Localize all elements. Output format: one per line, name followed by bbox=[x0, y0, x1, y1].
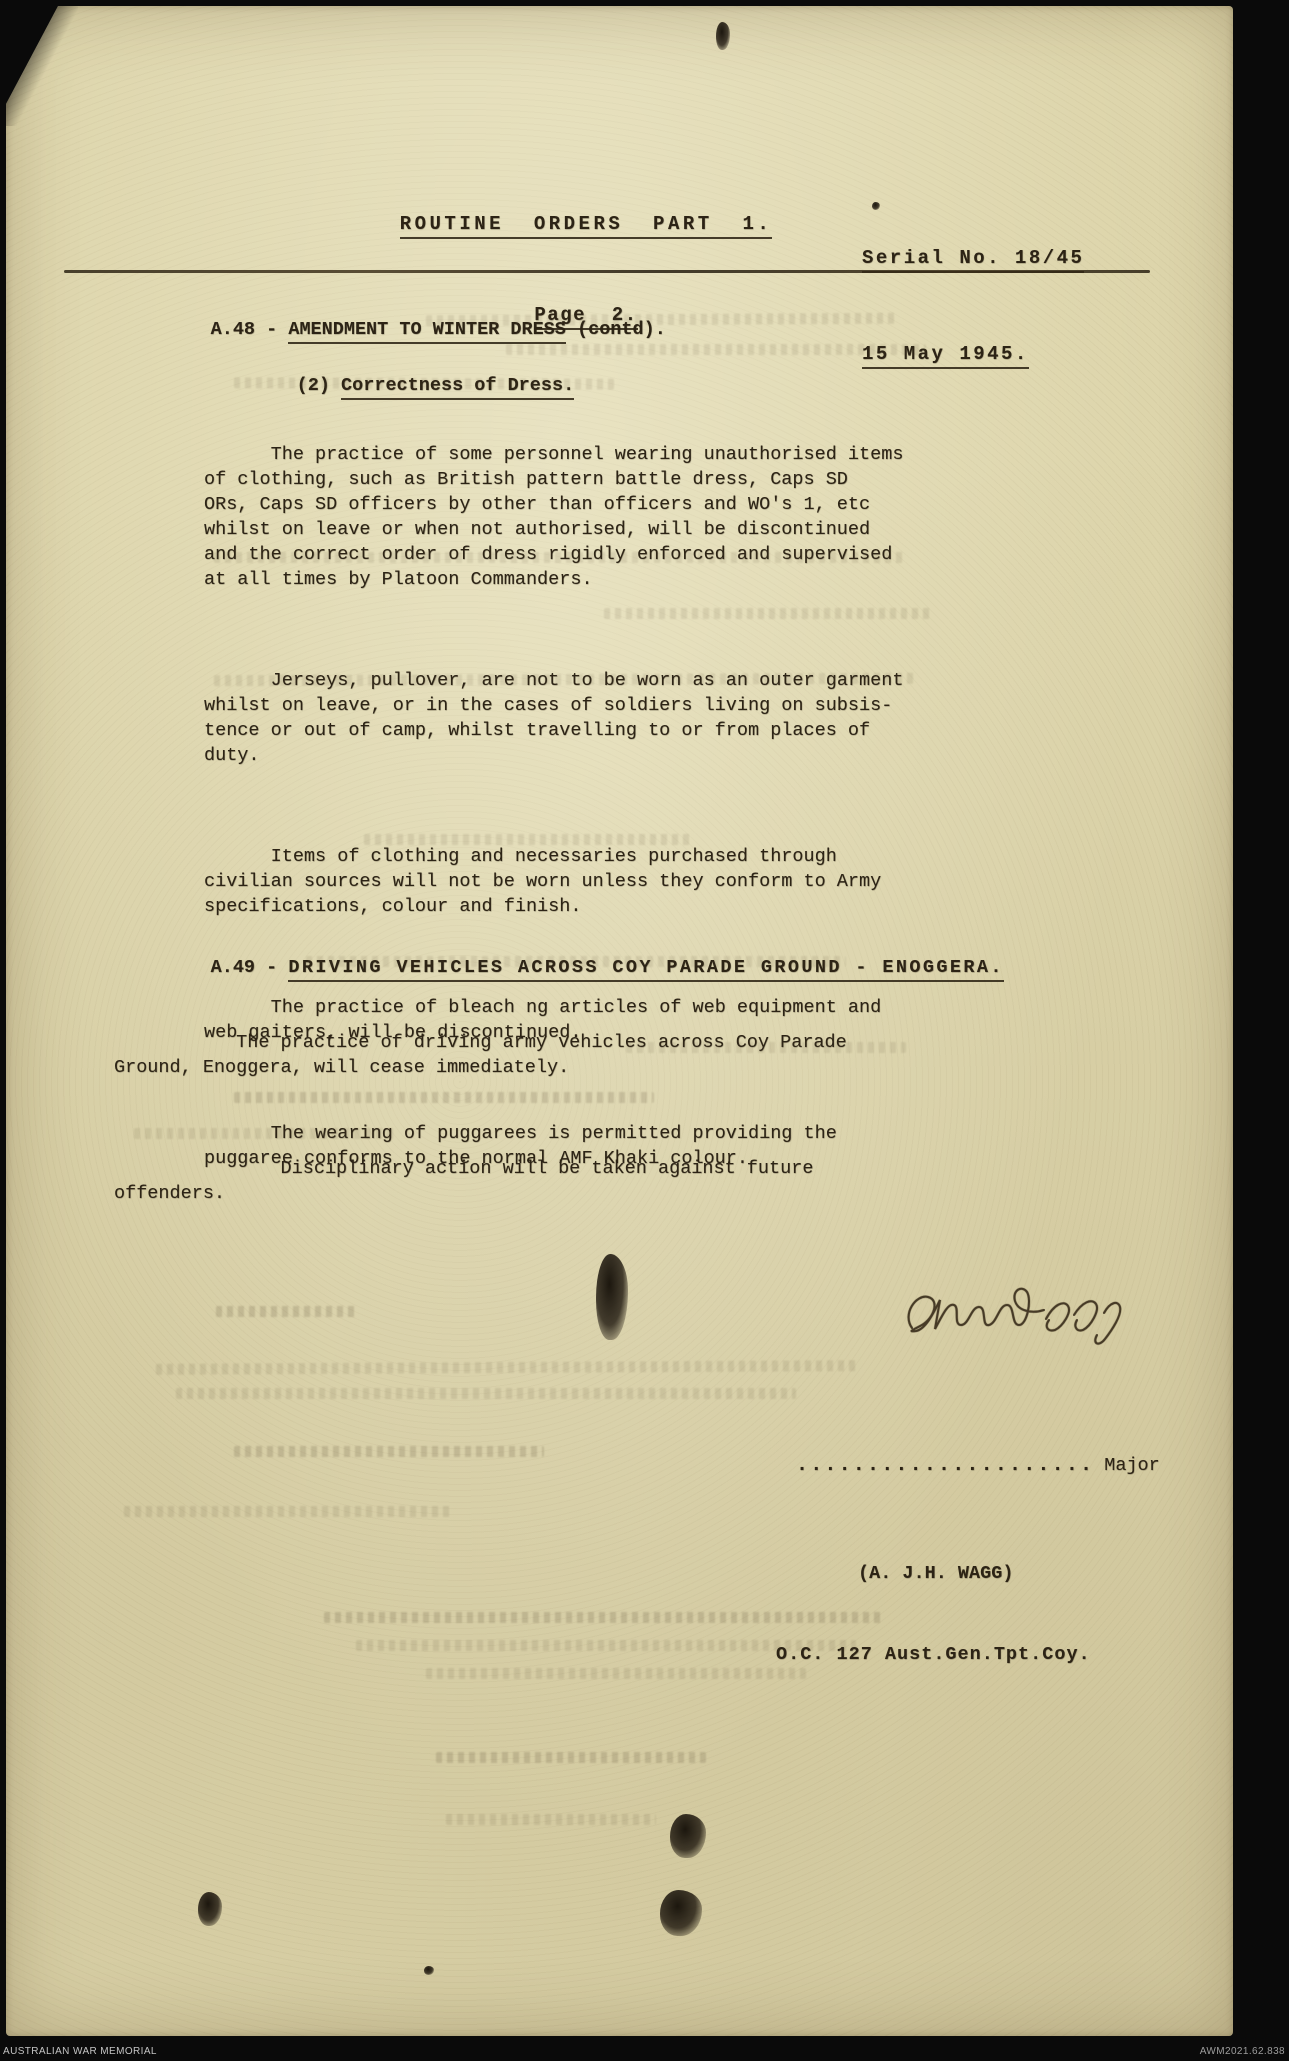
ink-blot bbox=[670, 1814, 706, 1858]
bleed-through-mark bbox=[234, 1092, 654, 1103]
archive-reference-label: AWM2021.62.838 bbox=[1200, 2046, 1285, 2057]
ink-speck bbox=[424, 1966, 434, 1975]
bleed-through-mark bbox=[234, 377, 614, 389]
scan-background: ROUTINE ORDERS PART 1. Page 2. Serial No… bbox=[0, 0, 1289, 2061]
signature-dotted-line: .....................Major bbox=[796, 1398, 1186, 1506]
paragraph: Items of clothing and necessaries purcha… bbox=[204, 844, 949, 919]
bleed-through-mark bbox=[356, 1640, 856, 1651]
bleed-through-mark bbox=[446, 1814, 656, 1825]
bleed-through-mark bbox=[626, 1042, 906, 1053]
corner-fold-shadow bbox=[0, 0, 78, 126]
signatory-name: (A. J.H. WAGG) bbox=[858, 1560, 1186, 1587]
document-title: ROUTINE ORDERS PART 1. bbox=[306, 212, 866, 237]
bleed-through-mark bbox=[364, 834, 694, 845]
ink-blot bbox=[716, 22, 730, 50]
bleed-through-mark bbox=[134, 1128, 394, 1139]
ink-blot bbox=[198, 1892, 222, 1926]
section-a49-number: A.49 - bbox=[211, 957, 289, 978]
bleed-through-mark bbox=[176, 1388, 796, 1399]
divider-rule bbox=[64, 270, 1150, 273]
bleed-through-mark bbox=[216, 1306, 356, 1317]
signatory-rank: Major bbox=[1104, 1455, 1160, 1476]
document-paper: ROUTINE ORDERS PART 1. Page 2. Serial No… bbox=[6, 6, 1233, 2036]
bleed-through-mark bbox=[306, 956, 846, 967]
ink-blot bbox=[660, 1890, 702, 1936]
bleed-through-mark bbox=[506, 344, 926, 355]
paragraph: Disciplinary action will be taken agains… bbox=[114, 1156, 934, 1206]
archive-institution-label: AUSTRALIAN WAR MEMORIAL bbox=[3, 2046, 157, 2057]
bleed-through-mark bbox=[604, 608, 934, 619]
paragraph: The practice of driving army vehicles ac… bbox=[114, 1030, 934, 1080]
bleed-through-mark bbox=[436, 1752, 706, 1763]
bleed-through-mark bbox=[124, 1506, 454, 1517]
bleed-through-mark bbox=[234, 1446, 544, 1457]
paragraph: The practice of some personnel wearing u… bbox=[204, 442, 949, 592]
bleed-through-mark bbox=[324, 1612, 884, 1623]
bleed-through-mark bbox=[426, 1668, 806, 1679]
section-a48-number: A.48 - bbox=[211, 319, 289, 340]
bleed-through-mark bbox=[214, 552, 904, 563]
handwritten-signature bbox=[892, 1284, 1144, 1348]
